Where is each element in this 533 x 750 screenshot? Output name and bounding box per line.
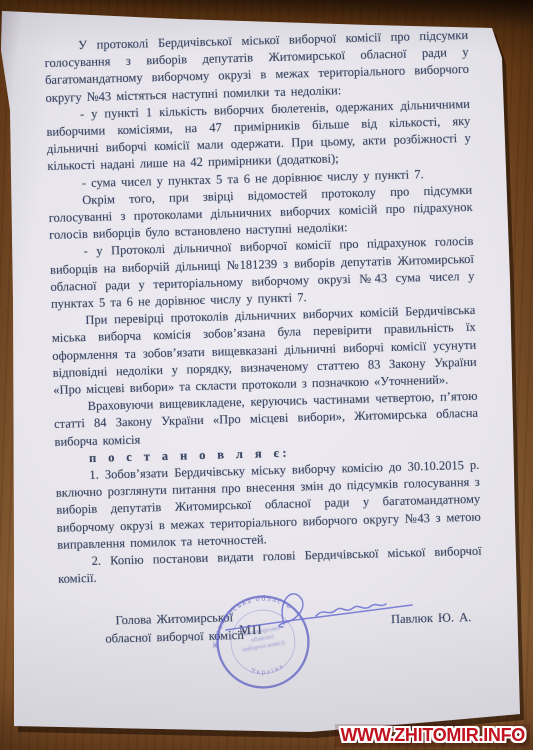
watermark: WWW.ZHITOMIR.INFO <box>335 724 530 747</box>
stamp-arc-bottom-text: Україна <box>249 661 287 678</box>
paragraph: При перевірці протоколів дільничних вибо… <box>51 302 477 399</box>
document-text: У протоколі Бердичівської міської виборч… <box>44 27 484 649</box>
paragraph: - у Протоколі дільничної виборчої комісі… <box>49 233 475 313</box>
paragraph: - у пункті 1 кількість виборчих бюлетені… <box>46 96 472 176</box>
resolution-item: 1. Зобов’язати Бердичівську міську вибор… <box>55 457 481 554</box>
signature-stroke-icon <box>224 586 419 646</box>
svg-text:Україна: Україна <box>249 661 287 678</box>
photo-background: У протоколі Бердичівської міської виборч… <box>0 0 533 750</box>
paper-sheet: У протоколі Бердичівської міської виборч… <box>0 0 533 750</box>
paragraph: У протоколі Бердичівської міської виборч… <box>44 27 470 107</box>
